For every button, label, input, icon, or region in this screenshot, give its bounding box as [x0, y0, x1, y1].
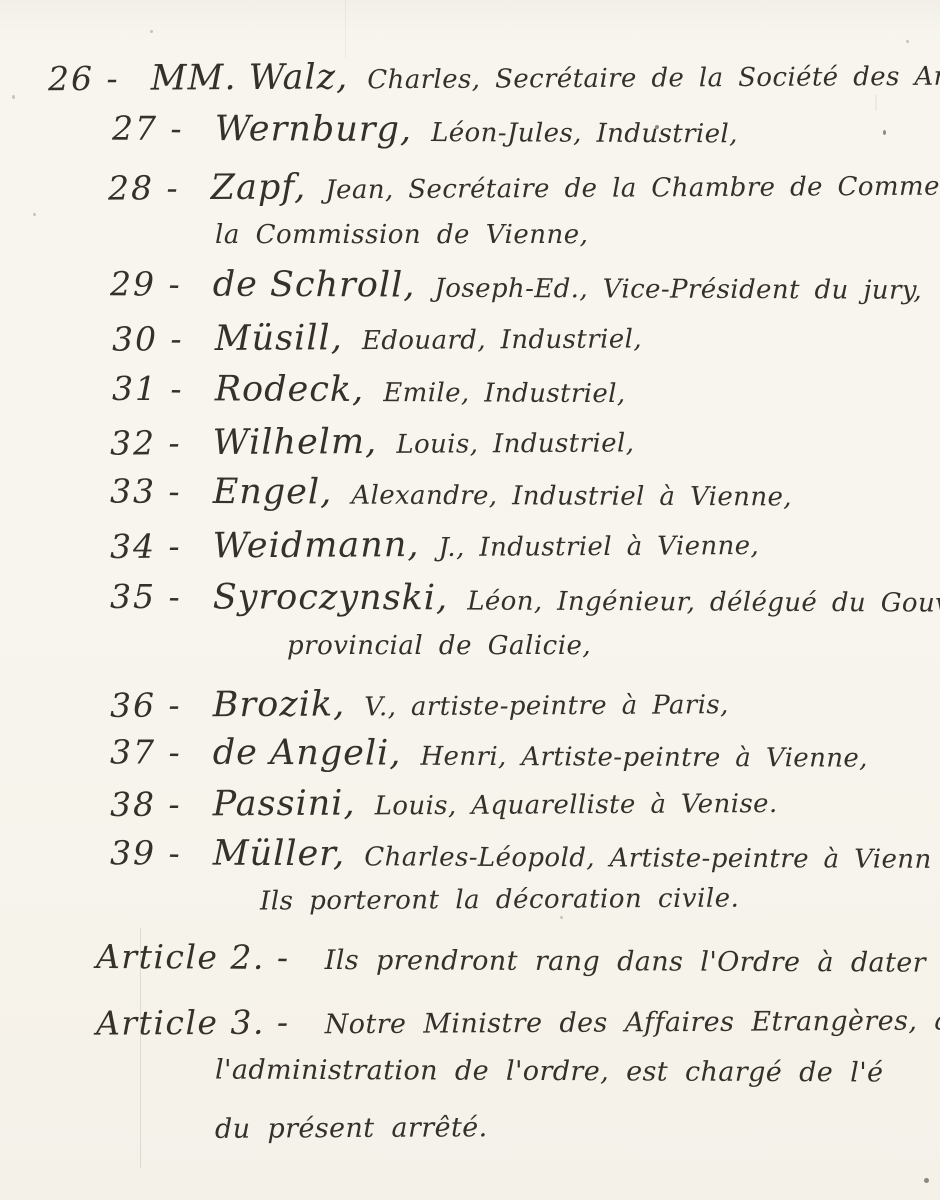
list-entry: 26 - MM. Walz, Charles, Secrétaire de la… — [48, 55, 940, 98]
entry-details: Henri, Artiste-peintre à Vienne, — [420, 742, 867, 774]
article-continuation: du présent arrêté. — [215, 1114, 488, 1144]
entry-name: Brozik, — [213, 684, 346, 725]
entry-name: Passini, — [213, 784, 356, 825]
entry-number: 34 - — [110, 527, 182, 566]
entry-details: Emile, Industriel, — [383, 378, 625, 409]
entry-name: Wilhelm, — [213, 422, 378, 463]
article-continuation-text: du présent arrêté. — [215, 1112, 488, 1145]
entry-continuation-text: provincial de Galicie, — [287, 631, 591, 661]
entry-name: Zapf, — [211, 167, 307, 208]
ink-speck — [924, 1178, 929, 1183]
entry-details: Louis, Industriel, — [396, 428, 634, 459]
article-text: Notre Ministre des Affaires Etrangères, … — [325, 1005, 940, 1040]
entry-continuation: la Commission de Vienne, — [215, 222, 588, 249]
decoration-statement: Ils porteront la décoration civile. — [260, 886, 739, 916]
entry-name: de Schroll, — [213, 265, 416, 306]
ink-speck — [12, 95, 15, 99]
list-entry: 28 - Zapf, Jean, Secrétaire de la Chambr… — [108, 165, 940, 207]
entry-details: Alexandre, Industriel à Vienne, — [351, 481, 792, 513]
article-row: Article 2. - Ils prendront rang dans l'O… — [96, 940, 940, 979]
entry-name: Rodeck, — [215, 369, 365, 410]
entry-number: 28 - — [108, 168, 180, 207]
article-text: Ils prendront rang dans l'Ordre à dater … — [325, 945, 940, 979]
list-entry: 32 - Wilhelm, Louis, Industriel, — [110, 422, 635, 462]
entry-name: Weidmann, — [213, 525, 420, 566]
article-label: Article 2. - — [96, 937, 290, 977]
list-entry: 29 - de Schroll, Joseph-Ed., Vice-Présid… — [110, 266, 922, 306]
entry-details: Louis, Aquarelliste à Venise. — [375, 789, 778, 821]
entry-number: 33 - — [110, 472, 182, 511]
entry-number: 39 - — [110, 833, 182, 872]
entry-number: 32 - — [110, 423, 182, 462]
fold-line — [345, 0, 346, 58]
ink-speck — [560, 916, 563, 919]
ink-speck — [883, 130, 886, 135]
list-entry: 35 - Syroczynski, Léon, Ingénieur, délég… — [110, 579, 940, 620]
entry-number: 35 - — [110, 577, 182, 616]
list-entry: 30 - Müsill, Edouard, Industriel, — [112, 318, 642, 358]
entry-number: 36 - — [110, 685, 182, 724]
list-entry: 36 - Brozik, V., artiste-peintre à Paris… — [110, 684, 729, 725]
entry-details: J., Industriel à Vienne, — [438, 531, 759, 563]
entry-name: Müsill, — [215, 318, 343, 359]
ink-speck — [33, 213, 36, 216]
entry-name: MM. Walz, — [151, 57, 349, 98]
list-entry: 37 - de Angeli, Henri, Artiste-peintre à… — [110, 734, 868, 774]
entry-details: V., artiste-peintre à Paris, — [364, 690, 729, 722]
entry-number: 31 - — [112, 369, 184, 408]
list-entry: 34 - Weidmann, J., Industriel à Vienne, — [110, 525, 759, 566]
entry-number: 37 - — [110, 732, 182, 771]
entry-continuation-text: la Commission de Vienne, — [215, 220, 588, 250]
entry-name: Engel, — [213, 472, 333, 513]
entry-name: Wernburg, — [215, 109, 413, 150]
entry-number: 26 - — [48, 59, 120, 98]
entry-details: Léon, Ingénieur, délégué du Gouvernemen — [467, 586, 940, 619]
entry-number: 38 - — [110, 785, 182, 824]
entry-details: Charles-Léopold, Artiste-peintre à Vienn — [364, 842, 931, 874]
entry-details: Charles, Secrétaire de la Société des Ar… — [367, 61, 940, 95]
article-continuation: l'administration de l'ordre, est chargé … — [215, 1057, 884, 1088]
entry-number: 30 - — [112, 319, 184, 358]
article-continuation-text: l'administration de l'ordre, est chargé … — [215, 1055, 884, 1089]
decoration-statement-text: Ils porteront la décoration civile. — [260, 884, 740, 917]
ink-speck — [150, 30, 153, 33]
list-entry: 33 - Engel, Alexandre, Industriel à Vien… — [110, 474, 792, 514]
entry-continuation: provincial de Galicie, — [287, 633, 591, 660]
fold-line — [140, 928, 141, 1168]
entry-details: Edouard, Industriel, — [362, 324, 642, 356]
entry-details: Léon-Jules, Industriel, — [431, 118, 738, 149]
entry-number: 27 - — [112, 109, 184, 148]
entry-number: 29 - — [110, 264, 182, 303]
entry-details: Joseph-Ed., Vice-Président du jury, — [434, 274, 922, 306]
ink-speck — [655, 125, 659, 129]
document-page: 26 - MM. Walz, Charles, Secrétaire de la… — [0, 0, 940, 1200]
entry-name: de Angeli, — [213, 733, 402, 774]
entry-name: Syroczynski, — [213, 577, 449, 618]
list-entry: 38 - Passini, Louis, Aquarelliste à Veni… — [110, 783, 778, 824]
list-entry: 39 - Müller, Charles-Léopold, Artiste-pe… — [110, 835, 932, 875]
ink-mark — [875, 95, 877, 111]
ink-speck — [906, 40, 909, 43]
entry-name: Müller, — [213, 834, 346, 875]
entry-details: Jean, Secrétaire de la Chambre de Commer… — [325, 171, 940, 205]
list-entry: 31 - Rodeck, Emile, Industriel, — [112, 371, 626, 410]
article-label: Article 3. - — [96, 1002, 290, 1042]
article-row: Article 3. - Notre Ministre des Affaires… — [96, 1001, 940, 1041]
list-entry: 27 - Wernburg, Léon-Jules, Industriel, — [112, 111, 738, 150]
